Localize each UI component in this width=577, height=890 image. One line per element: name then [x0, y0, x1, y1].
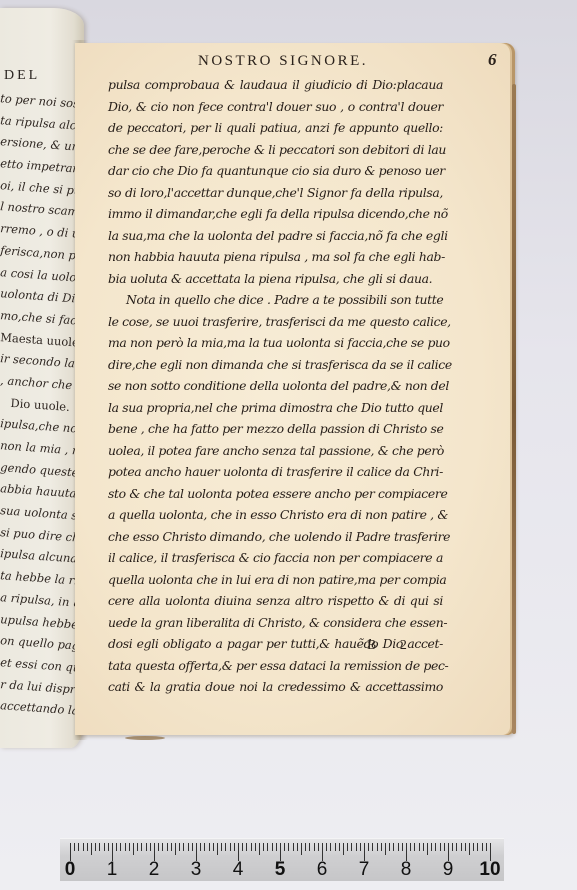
text-line: le cose, se uuoi trasferire, trasferisci… [108, 311, 443, 333]
ruler-tick [246, 843, 247, 851]
text-line: uede la gran liberalita di Christo, & co… [108, 612, 443, 634]
ruler-tick [410, 843, 411, 851]
ruler-tick [108, 843, 109, 851]
ruler-tick [477, 843, 478, 851]
text-line: dire,che egli non dimanda che si trasfer… [108, 354, 443, 376]
text-line: che se dee fare,peroche & li peccatori s… [108, 139, 443, 161]
ruler-tick [335, 843, 336, 851]
ruler-tick [99, 843, 100, 851]
ruler-tick [398, 843, 399, 851]
ruler-tick [116, 843, 117, 851]
ruler-tick [469, 843, 470, 855]
page-edge [512, 84, 516, 734]
ruler-tick [158, 843, 159, 851]
ruler-label: 2 [142, 859, 166, 881]
ruler-tick [368, 843, 369, 851]
ruler-tick [360, 843, 361, 851]
ruler-labels: 012345678910 [60, 859, 504, 879]
text-line: cere alla uolonta diuina senza altro ris… [108, 590, 443, 612]
ruler-label: 9 [436, 859, 460, 881]
ruler-tick [267, 843, 268, 851]
ruler-tick [402, 843, 403, 851]
ruler-tick [179, 843, 180, 851]
paper-stain [125, 736, 165, 740]
text-line: la sua propria,nel che prima dimostra ch… [108, 397, 443, 419]
ruler-tick [251, 843, 252, 851]
ruler-tick [230, 843, 231, 851]
ruler-tick [318, 843, 319, 851]
text-line: la sua,ma che la uolonta del padre si fa… [108, 225, 443, 247]
ruler-tick [427, 843, 428, 855]
ruler-tick [431, 843, 432, 851]
ruler-tick [209, 843, 210, 851]
text-line: immo il dimandar,che egli fa della ripul… [108, 203, 443, 225]
text-line: quella uolonta che in lui era di non pat… [108, 569, 443, 591]
ruler-tick [221, 843, 222, 851]
ruler-tick [339, 843, 340, 851]
ruler-tick [188, 843, 189, 851]
signature-mark: B 2 [367, 638, 417, 654]
ruler-tick [326, 843, 327, 851]
ruler-tick [452, 843, 453, 851]
ruler-tick [129, 843, 130, 851]
ruler-tick [120, 843, 121, 851]
ruler-tick [192, 843, 193, 851]
text-line: bia uoluta & accettata la piena ripulsa,… [108, 268, 443, 290]
ruler-tick [171, 843, 172, 851]
ruler-tick [146, 843, 147, 851]
ruler-tick [125, 843, 126, 851]
ruler-tick [91, 843, 92, 855]
text-line: sto & che tal uolonta potea essere ancho… [108, 483, 443, 505]
ruler-tick [74, 843, 75, 851]
ruler-tick [372, 843, 373, 851]
ruler-tick [356, 843, 357, 851]
ruler-tick [423, 843, 424, 851]
ruler-tick [301, 843, 302, 855]
ruler-tick [83, 843, 84, 851]
ruler-tick [414, 843, 415, 851]
ruler-tick [137, 843, 138, 851]
ruler-tick [175, 843, 176, 855]
ruler-tick [204, 843, 205, 851]
right-page-recto: NOSTRO SIGNORE. 6 pulsa comprobaua & lau… [75, 43, 515, 735]
ruler-tick [276, 843, 277, 851]
ruler-tick [419, 843, 420, 851]
ruler-tick [297, 843, 298, 851]
ruler-tick [162, 843, 163, 851]
ruler-tick [95, 843, 96, 851]
ruler-label: 8 [394, 859, 418, 881]
text-line: pulsa comprobaua & laudaua il giudicio d… [108, 74, 443, 96]
ruler-tick [183, 843, 184, 851]
text-line: so di loro,l'accettar dunque,che'l Signo… [108, 182, 443, 204]
main-text-block: pulsa comprobaua & laudaua il giudicio d… [108, 74, 443, 698]
ruler-tick [200, 843, 201, 851]
ruler-tick [255, 843, 256, 851]
ruler-tick [444, 843, 445, 851]
ruler-label: 4 [226, 859, 250, 881]
ruler-tick [78, 843, 79, 851]
ruler-label: 10 [478, 859, 502, 881]
text-line: il calice, il trasferisca & cio faccia n… [108, 547, 443, 569]
ruler-label: 7 [352, 859, 376, 881]
ruler-tick [234, 843, 235, 851]
ruler-tick [314, 843, 315, 851]
text-line: che esso Christo dimando, che uolendo il… [108, 526, 443, 548]
ruler-label: 5 [268, 859, 292, 881]
ruler-tick [473, 843, 474, 851]
running-header: NOSTRO SIGNORE. [198, 53, 528, 70]
ruler-tick [133, 843, 134, 855]
ruler-tick [213, 843, 214, 851]
ruler-tick [440, 843, 441, 851]
ruler-tick [343, 843, 344, 855]
ruler-tick [351, 843, 352, 851]
ruler-tick [309, 843, 310, 851]
text-line: tata questa offerta,& per essa dataci la… [108, 655, 443, 677]
text-line: potea ancho hauer uolonta di trasferire … [108, 461, 443, 483]
text-line: ma non però la mia,ma la tua uolonta si … [108, 332, 443, 354]
ruler-tick [389, 843, 390, 851]
ruler-tick [330, 843, 331, 851]
text-line: uolea, il potea fare ancho senza tal pas… [108, 440, 443, 462]
text-line: Nota in quello che dice . Padre a te pos… [108, 289, 443, 311]
text-line: non habbia hauuta piena ripulsa , ma sol… [108, 246, 443, 268]
ruler-tick [284, 843, 285, 851]
ruler-tick [385, 843, 386, 855]
text-line: se non sotto conditione della uolonta de… [108, 375, 443, 397]
ruler-tick [263, 843, 264, 851]
ruler-tick [381, 843, 382, 851]
ruler-label: 1 [100, 859, 124, 881]
left-running-header: DEL [4, 68, 40, 84]
ruler-tick [482, 843, 483, 851]
text-line: Dio, & cio non fece contra'l douer suo ,… [108, 96, 443, 118]
ruler-tick [104, 843, 105, 851]
ruler-tick [225, 843, 226, 851]
ruler-tick [456, 843, 457, 851]
ruler-tick [347, 843, 348, 851]
text-line: bene , che ha fatto per mezzo della pass… [108, 418, 443, 440]
ruler-tick [167, 843, 168, 851]
ruler-tick [217, 843, 218, 855]
ruler-tick [242, 843, 243, 851]
ruler-tick [435, 843, 436, 851]
ruler-tick [87, 843, 88, 851]
ruler-tick [465, 843, 466, 851]
page-number: 6 [488, 50, 497, 70]
ruler-tick [259, 843, 260, 855]
ruler-tick [141, 843, 142, 851]
text-line: dar cio che Dio fa quantunque cio sia du… [108, 160, 443, 182]
ruler-tick [305, 843, 306, 851]
ruler-label: 6 [310, 859, 334, 881]
scale-ruler: 012345678910 [60, 838, 504, 881]
ruler-label: 0 [58, 859, 82, 881]
ruler-label: 3 [184, 859, 208, 881]
ruler-tick [461, 843, 462, 851]
text-line: a quella uolonta, che in esso Christo er… [108, 504, 443, 526]
text-line: cati & la gratia doue noi la credessimo … [108, 676, 443, 698]
ruler-tick [486, 843, 487, 851]
ruler-tick [293, 843, 294, 851]
ruler-tick [377, 843, 378, 851]
ruler-tick [272, 843, 273, 851]
text-line: de peccatori, per li quali patiua, anzi … [108, 117, 443, 139]
ruler-tick [288, 843, 289, 851]
ruler-tick [393, 843, 394, 851]
ruler-tick [150, 843, 151, 851]
